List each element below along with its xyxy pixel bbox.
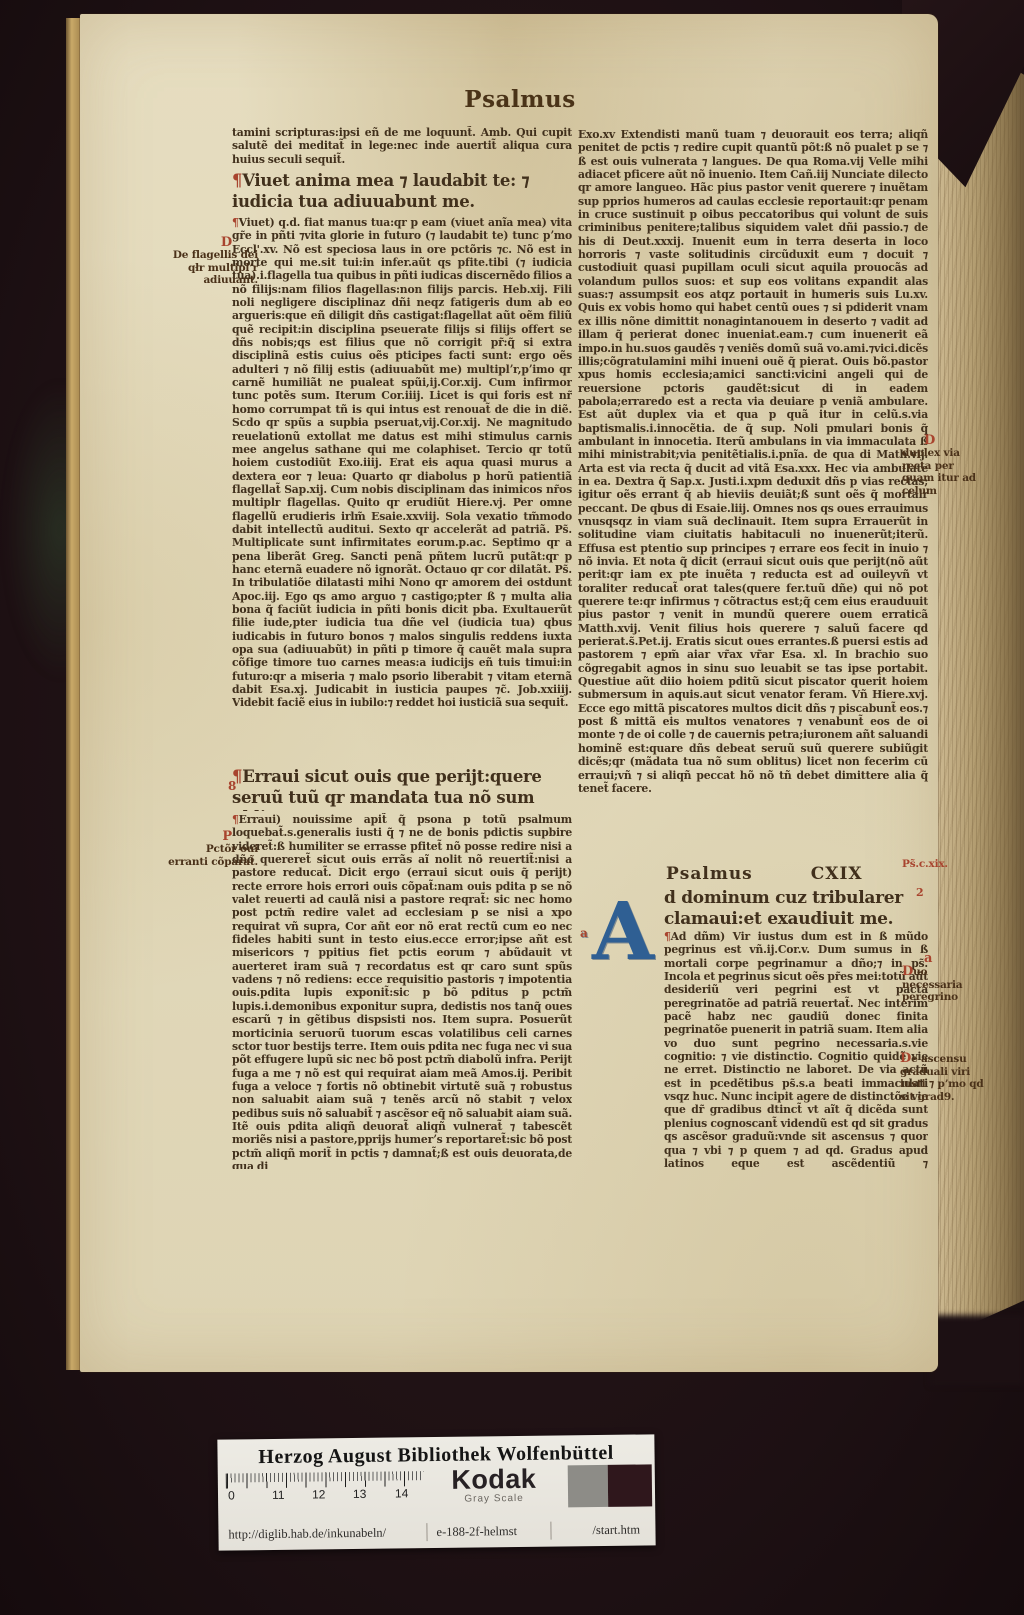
margin-note-flagellis: D De flagellis dei qłr multiplʼr adiuuan…: [164, 236, 258, 326]
library-label: Herzog August Bibliothek Wolfenbüttel 0 …: [217, 1434, 655, 1550]
margin-note-text: Pctõr oui erranti cõparat̃.: [164, 843, 258, 868]
ruler-numbers: 0 11 12 13 14: [226, 1486, 424, 1502]
divider: [550, 1522, 551, 1540]
col1-heading-erraui: ¶Erraui sicut ouis que perijt:quere seru…: [232, 767, 572, 811]
cm-ruler: 0 11 12 13 14: [226, 1471, 424, 1503]
margin-versal-d: D: [900, 1052, 911, 1066]
psalm-number: CXIX: [811, 864, 863, 886]
label-urls-row: http://diglib.hab.de/inkunabeln/ e-188-2…: [218, 1520, 655, 1545]
margin-red-mark: 2: [916, 886, 924, 899]
running-title: Psalmus: [410, 86, 630, 113]
col2-body-2: ¶Ad dñm) Vir iustus dum est in ß mũdo pe…: [664, 930, 928, 1170]
col1-body-1: ¶Viuet) q.d. fiat manus tua:qr p eam (vi…: [232, 216, 572, 764]
kodak-logo: Kodak: [430, 1466, 558, 1495]
margin-note-text: e ascensu graduali viri iusti ⁊ pʼmo qd …: [900, 1053, 984, 1103]
margin-mark-8: 8: [228, 780, 236, 793]
col2-body-1: Exo.xv Extendisti manũ tuam ⁊ deuorauit …: [578, 128, 928, 862]
ruler-number: 0: [228, 1488, 235, 1502]
kodak-gray-scale: Kodak Gray Scale: [430, 1466, 558, 1506]
gray-scale-caption: Gray Scale: [430, 1493, 558, 1506]
dark-patch: [608, 1464, 653, 1507]
gray-patch: [568, 1465, 609, 1507]
left-page-edge: [66, 18, 80, 1370]
book-fore-edge: [936, 22, 1024, 1340]
ruler-number: 12: [312, 1487, 326, 1501]
margin-note-duo-necessaria: a Duo necessaria peregrino: [902, 952, 986, 1024]
margin-note-de-ascensu: De ascensu graduali viri iusti ⁊ pʼmo qd…: [900, 1052, 986, 1132]
col1-heading-viuet: ¶Viuet anima mea ⁊ laudabit te: ⁊ iudici…: [232, 171, 572, 214]
col1-intro: tamini scripturas:ipsi eñ de me loquunt̃…: [232, 126, 572, 169]
margin-versal-p: P: [164, 830, 258, 843]
manuscript-page: Psalmus tamini scripturas:ipsi eñ de me …: [80, 14, 938, 1372]
book-photo: Psalmus tamini scripturas:ipsi eñ de me …: [0, 0, 1024, 1615]
shadow: [930, 1315, 1024, 1385]
digilib-url: http://diglib.hab.de/inkunabeln/: [228, 1526, 386, 1543]
illuminated-initial-a: a A: [592, 892, 656, 976]
margin-marker: a: [902, 952, 986, 965]
margin-versal-d: D: [902, 434, 986, 447]
ruler-number: 11: [272, 1488, 285, 1502]
margin-note-duplex-via: D duplex via recta per quam itur ad celu…: [902, 434, 986, 514]
shelfmark: e-188-2f-helmst: [436, 1524, 517, 1540]
margin-note-text: De flagellis dei qłr multiplʼr adiuuant.: [164, 249, 258, 287]
ruler-number: 14: [395, 1486, 409, 1500]
margin-note-text: duplex via recta per quam itur ad celum: [902, 447, 986, 497]
psalm-119-block: a A d dominum cuz tribularer clamaui:et …: [578, 888, 928, 1170]
guide-letter: a: [580, 894, 588, 972]
margin-versal-d: D: [902, 964, 913, 979]
label-middle-row: 0 11 12 13 14 Kodak Gray Scale: [218, 1464, 656, 1515]
psalm-label: Psalmus: [666, 864, 753, 886]
col1-body-2: ¶Erraui) nouissime apit̃ q̃ psona p totũ…: [232, 813, 572, 1169]
divider: [426, 1523, 427, 1541]
margin-note-pctor: P Pctõr oui erranti cõparat̃.: [164, 830, 258, 896]
margin-versal-d: D: [164, 236, 258, 249]
start-url: /start.htm: [592, 1523, 640, 1539]
margin-ref-ps-cxix: Ps̃.c.xix.: [902, 858, 986, 871]
ruler-number: 13: [353, 1487, 367, 1501]
